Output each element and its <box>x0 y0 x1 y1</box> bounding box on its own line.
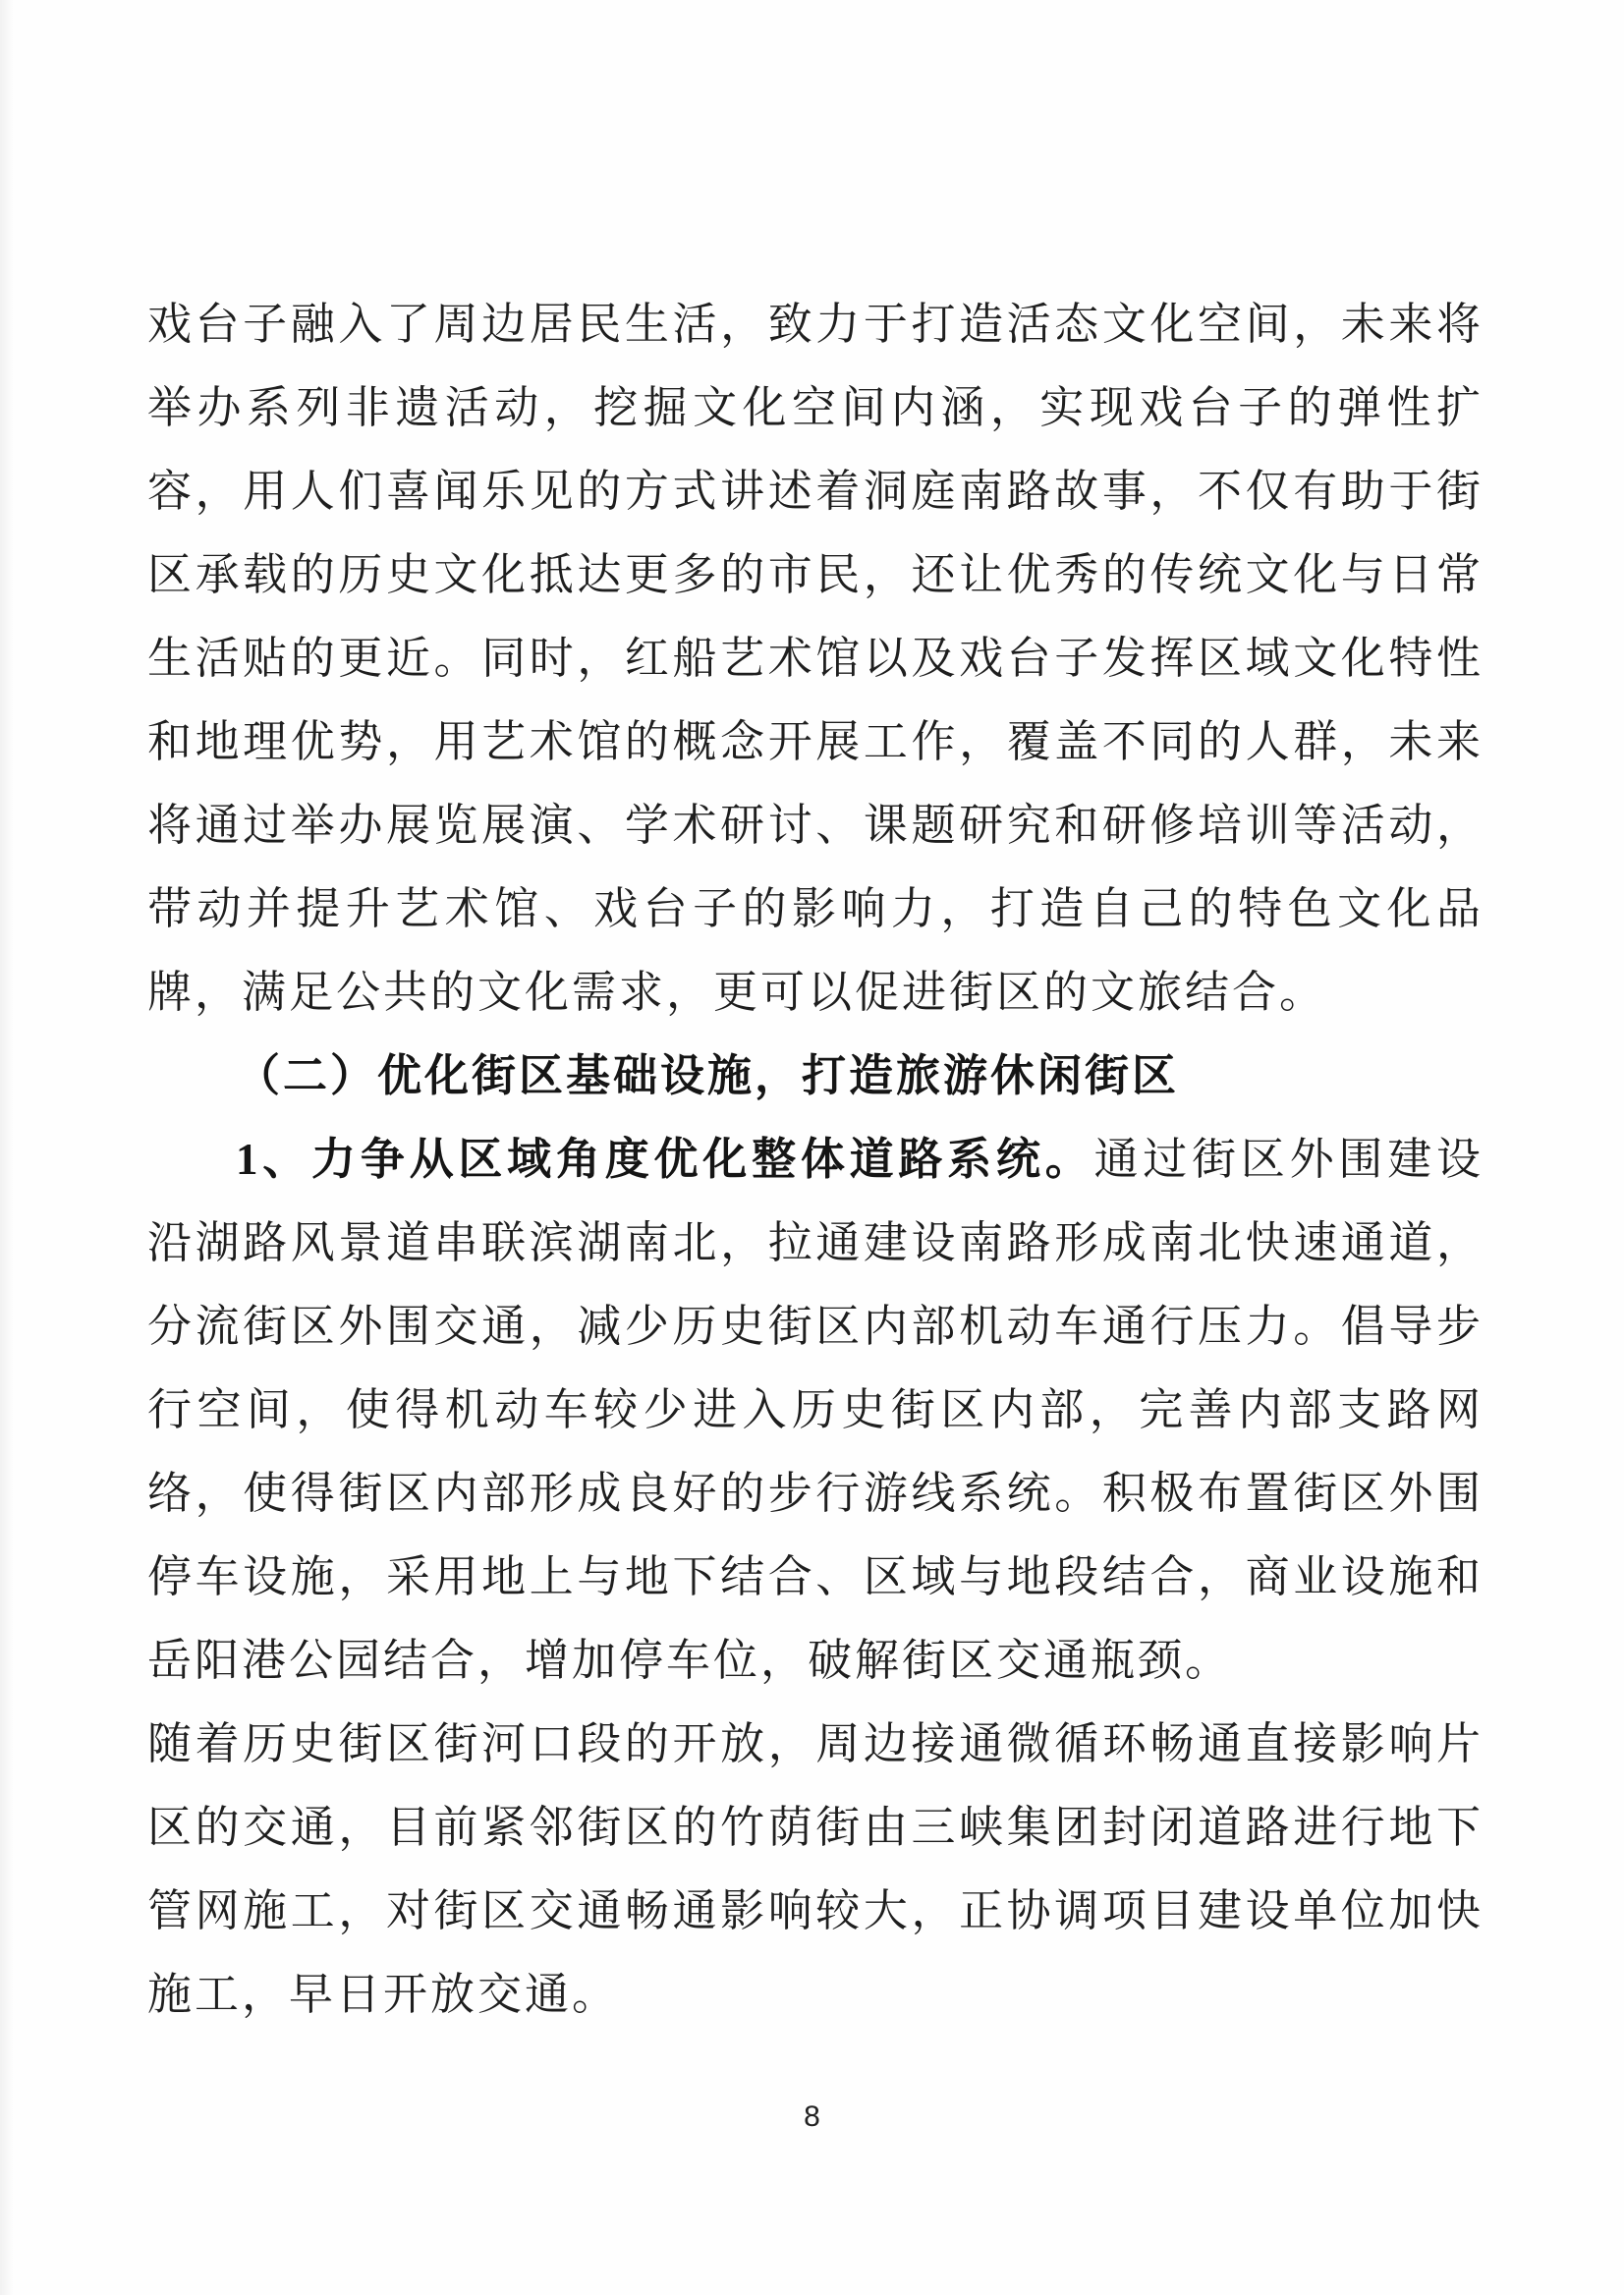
numbered-item-body: 通过街区外围建设沿湖路风景道串联滨湖南北，拉通建设南路形成南北快速通道，分流街区… <box>147 1135 1484 1685</box>
numbered-item-lead: 1、力争从区域角度优化整体道路系统。 <box>236 1135 1094 1184</box>
document-page: 戏台子融入了周边居民生活，致力于打造活态文化空间，未来将举办系列非遗活动，挖掘文… <box>0 0 1624 2295</box>
section-heading: （二）优化街区基础设施，打造旅游休闲街区 <box>147 1035 1484 1118</box>
paragraph-road-system: 1、力争从区域角度优化整体道路系统。通过街区外围建设沿湖路风景道串联滨湖南北，拉… <box>147 1118 1484 1703</box>
page-number: 8 <box>0 2100 1624 2134</box>
page-text-block: 戏台子融入了周边居民生活，致力于打造活态文化空间，未来将举办系列非遗活动，挖掘文… <box>147 283 1484 2037</box>
paragraph-culture-space: 戏台子融入了周边居民生活，致力于打造活态文化空间，未来将举办系列非遗活动，挖掘文… <box>147 283 1484 1035</box>
paragraph-traffic-note: 随着历史街区街河口段的开放，周边接通微循环畅通直接影响片区的交通，目前紧邻街区的… <box>147 1703 1484 2037</box>
